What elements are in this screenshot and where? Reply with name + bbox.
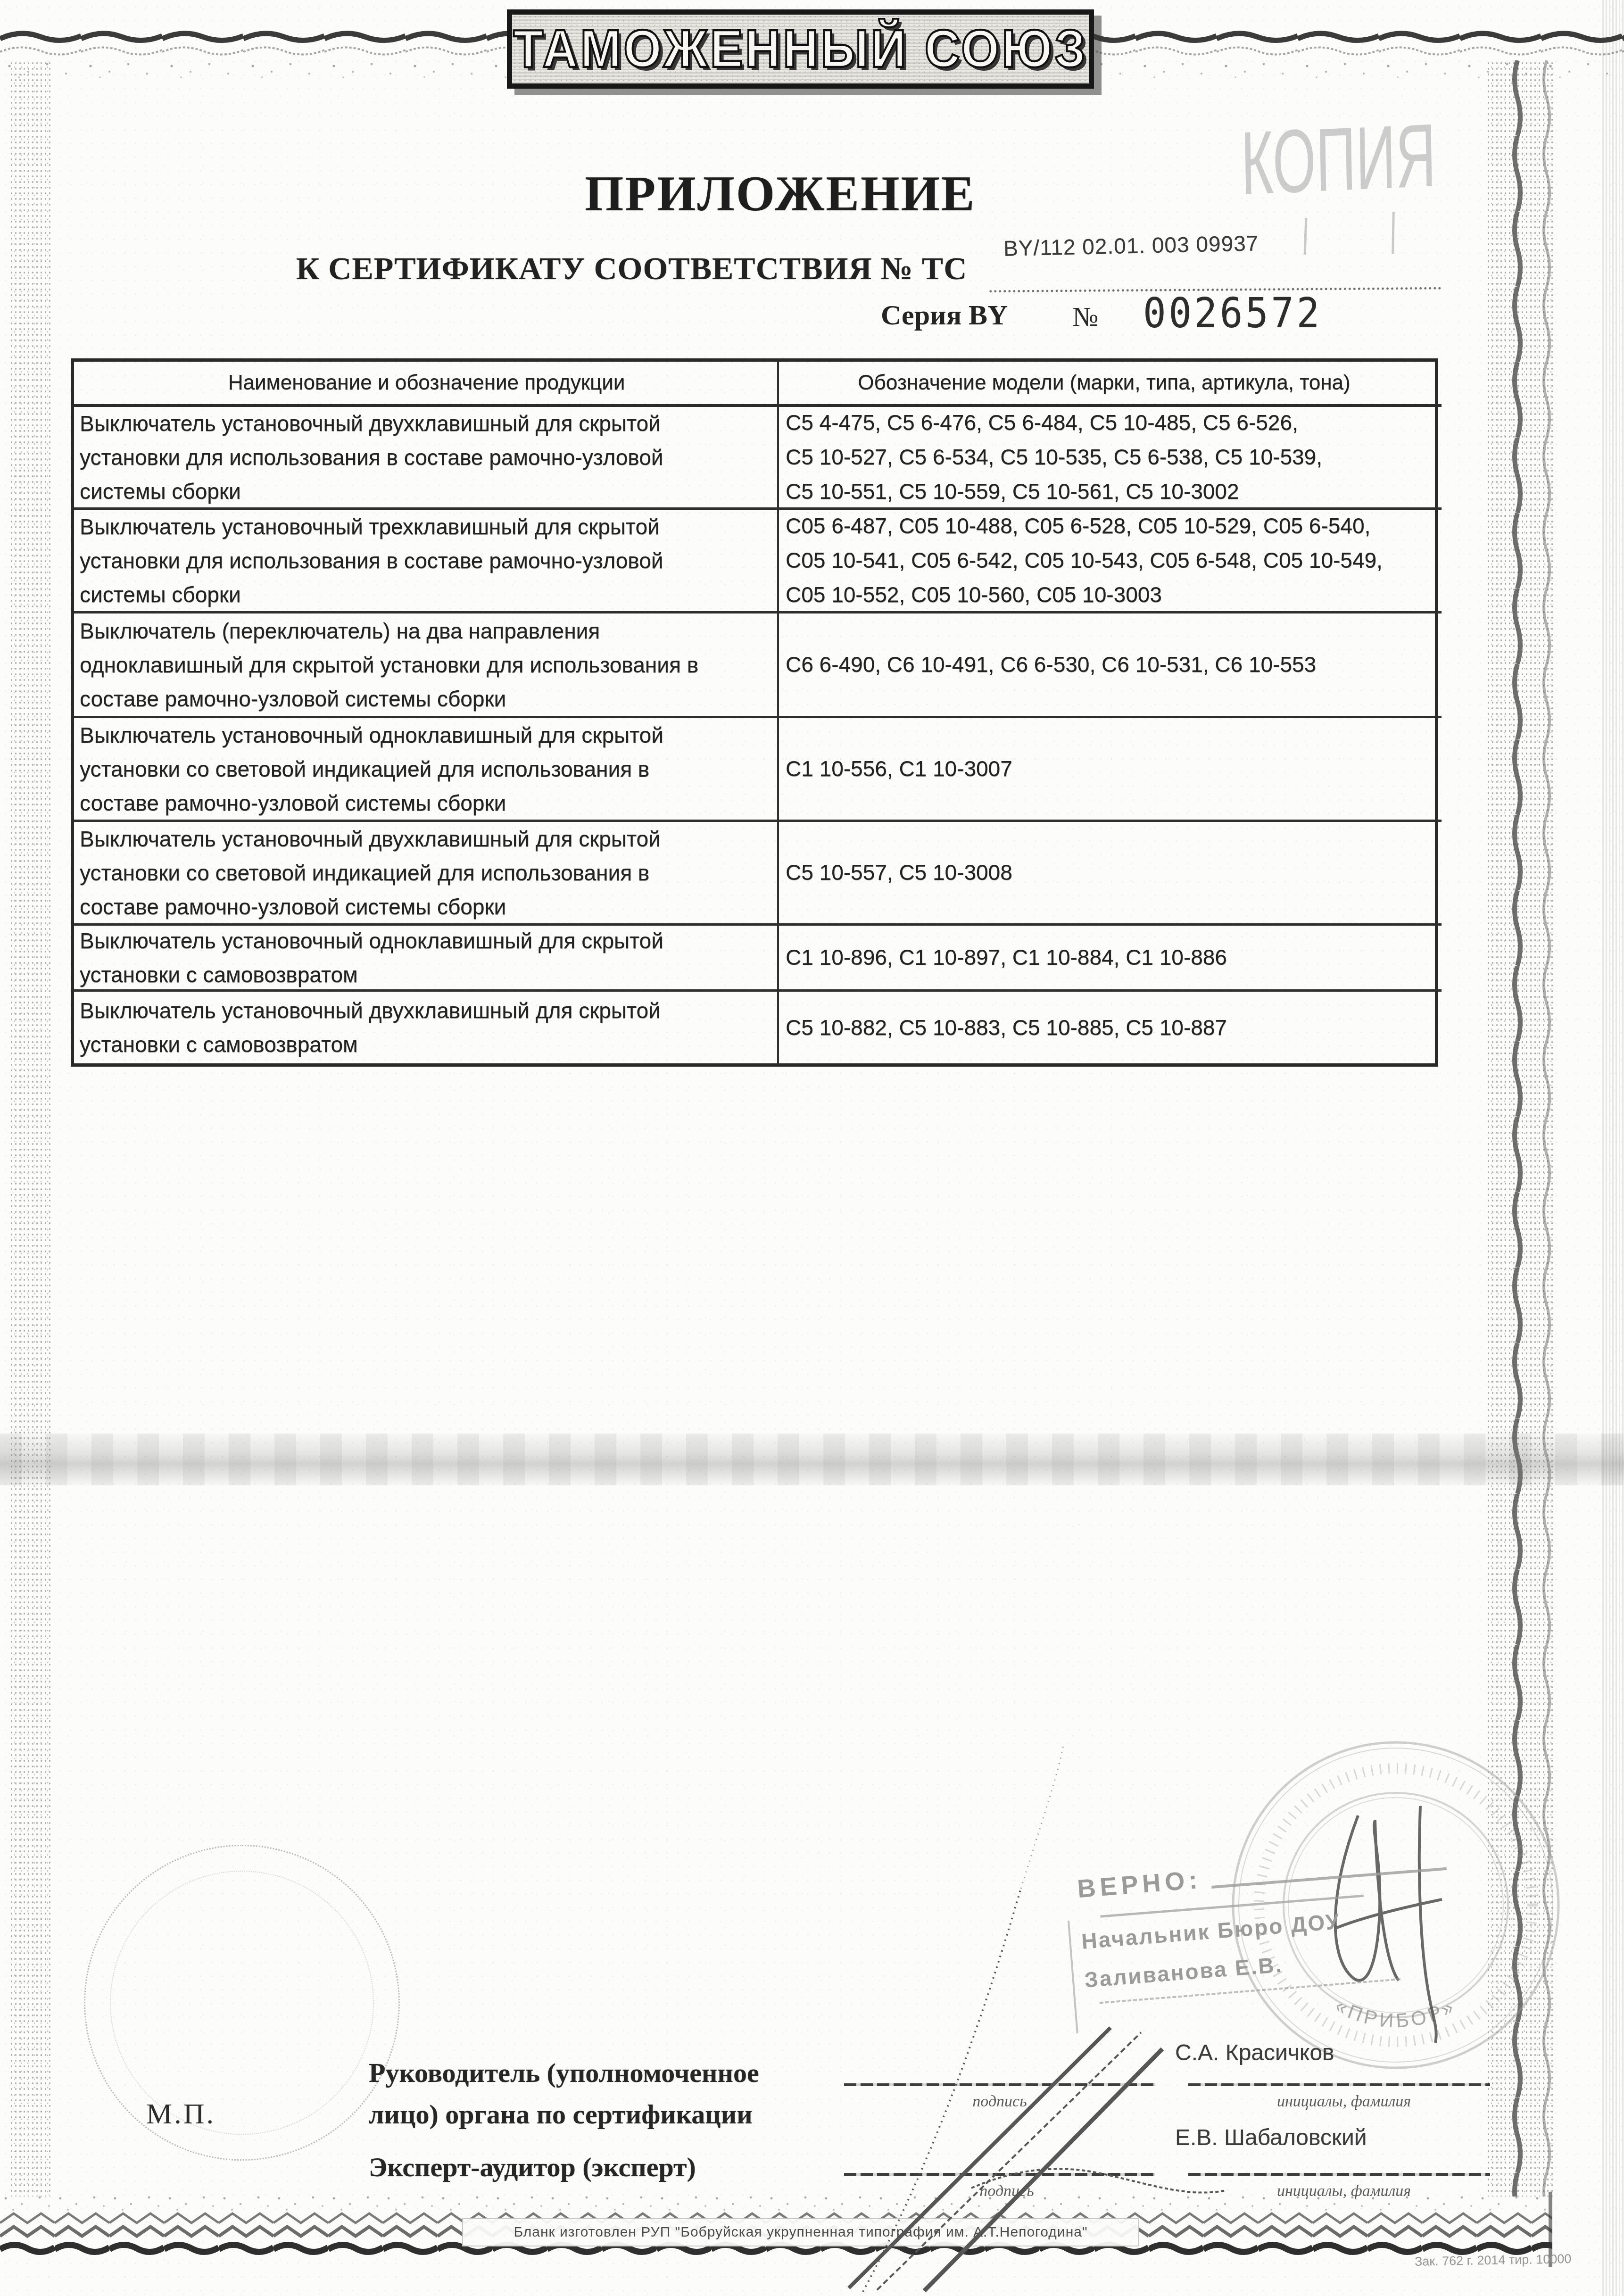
copy-watermark: КОПИЯ — [1240, 104, 1437, 215]
series-number: 0026572 — [1143, 289, 1322, 337]
table-row-5-models: С5 10-557, С5 10-3008 — [779, 822, 1442, 926]
table-row-7-product: Выключатель установочный двухклавишный д… — [74, 992, 779, 1063]
table-row-6-product: Выключатель установочный одноклавишный д… — [74, 926, 779, 992]
numero-sign: № — [1072, 301, 1098, 332]
table-row-7-models: С5 10-882, С5 10-883, С5 10-885, С5 10-8… — [779, 992, 1442, 1063]
copy-tick-mark-2 — [1392, 212, 1395, 254]
head-role-line1: Руководитель (уполномоченное — [369, 2057, 759, 2089]
certificate-number-label: К СЕРТИФИКАТУ СООТВЕТСТВИЯ № ТС — [296, 250, 967, 287]
table-row-4-models: С1 10-556, С1 10-3007 — [779, 718, 1442, 822]
table-row-6-models: С1 10-896, С1 10-897, С1 10-884, С1 10-8… — [779, 926, 1442, 992]
table-row-1-product: Выключатель установочный двухклавишный д… — [74, 407, 779, 510]
page-title: ПРИЛОЖЕНИЕ — [585, 165, 976, 223]
seal-place-label: М.П. — [146, 2097, 215, 2131]
table-row-1-models: С5 4-475, С5 6-476, С5 6-484, С5 10-485,… — [779, 407, 1442, 510]
series-label: Серия BY — [881, 299, 1008, 332]
customs-union-banner: ТАМОЖЕННЫЙ СОЮЗ — [507, 9, 1094, 89]
scan-artifact-band — [0, 1434, 1624, 1485]
table-header-product: Наименование и обозначение продукции — [74, 362, 779, 407]
table-row-2-models: С05 6-487, С05 10-488, С05 6-528, С05 10… — [779, 510, 1442, 613]
guilloche-border-left — [9, 60, 51, 2197]
print-order-note: Зак. 762 г. 2014 тир. 10000 — [1415, 2252, 1572, 2269]
certificate-appendix-page: ТАМОЖЕННЫЙ СОЮЗ КОПИЯ ПРИЛОЖЕНИЕ К СЕРТИ… — [0, 0, 1624, 2296]
table-row-2-product: Выключатель установочный трехклавишный д… — [74, 510, 779, 613]
svg-text:«ПРИБОР»: «ПРИБОР» — [1332, 1994, 1460, 2032]
table-header-models: Обозначение модели (марки, типа, артикул… — [779, 362, 1442, 407]
expert-signature-scribble — [802, 1698, 1273, 2296]
scan-edge-right — [1602, 0, 1624, 2296]
table-row-4-product: Выключатель установочный одноклавишный д… — [74, 718, 779, 822]
table-row-5-product: Выключатель установочный двухклавишный д… — [74, 822, 779, 926]
table-row-3-product: Выключатель (переключатель) на два напра… — [74, 613, 779, 718]
head-initials-caption: инициалы, фамилия — [1245, 2093, 1443, 2111]
product-table: Наименование и обозначение продукции Обо… — [71, 358, 1438, 1067]
table-row-3-models: С6 6-490, С6 10-491, С6 6-530, С6 10-531… — [779, 613, 1442, 718]
head-role-line2: лицо) органа по сертификации — [369, 2098, 753, 2130]
certificate-number-underline — [989, 263, 1441, 293]
customs-union-banner-text: ТАМОЖЕННЫЙ СОЮЗ — [513, 19, 1087, 80]
certificate-number-value: BY/112 02.01. 003 09937 — [1003, 230, 1259, 261]
expert-role: Эксперт-аудитор (эксперт) — [369, 2151, 696, 2183]
expert-initials-caption: инициалы, фамилия — [1245, 2182, 1443, 2200]
copy-tick-mark-1 — [1304, 218, 1308, 255]
round-stamp-text: «ПРИБОР» — [1332, 1994, 1460, 2032]
faint-seal-circle — [84, 1845, 400, 2161]
